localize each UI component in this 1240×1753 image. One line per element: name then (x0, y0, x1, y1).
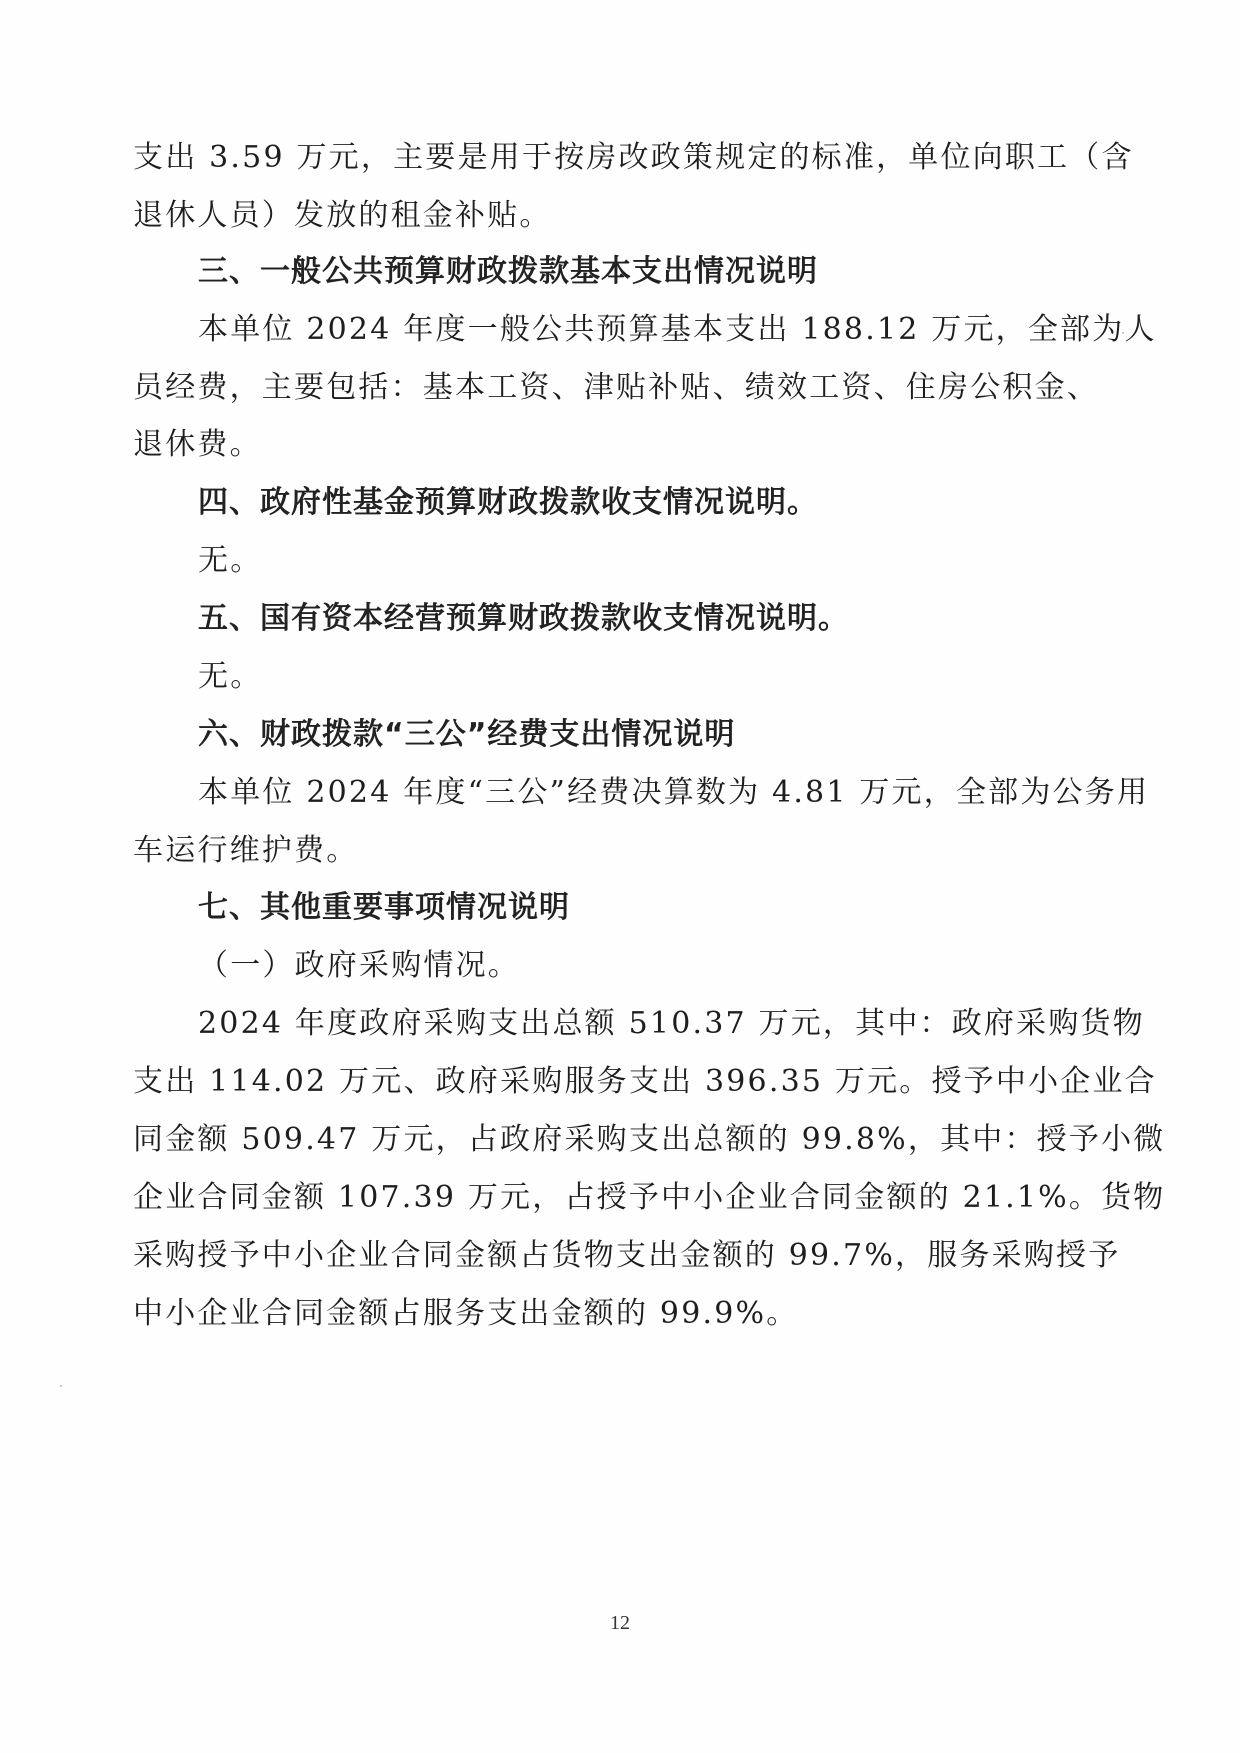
scan-artifact (1122, 332, 1124, 334)
section-heading-7: 七、其他重要事项情况说明 (198, 888, 570, 928)
body-paragraph-line: 车运行维护费。 (133, 831, 358, 871)
body-paragraph-line: 采购授予中小企业合同金额占货物支出金额的 99.7%，服务采购授予 (133, 1236, 1120, 1276)
body-paragraph-line: 企业合同金额 107.39 万元，占授予中小企业合同金额的 21.1%。货物 (133, 1178, 1165, 1218)
body-paragraph-line: 本单位 2024 年度一般公共预算基本支出 188.12 万元，全部为人 (198, 310, 1157, 350)
body-paragraph-line: 本单位 2024 年度“三公”经费决算数为 4.81 万元，全部为公务用 (198, 773, 1149, 813)
section-heading-4: 四、政府性基金预算财政拨款收支情况说明。 (198, 483, 818, 523)
body-paragraph-line: 退休人员）发放的租金补贴。 (133, 196, 552, 236)
section-heading-5: 五、国有资本经营预算财政拨款收支情况说明。 (198, 599, 849, 639)
body-paragraph-line: 2024 年度政府采购支出总额 510.37 万元，其中：政府采购货物 (198, 1004, 1145, 1044)
body-paragraph-line: 支出 114.02 万元、政府采购服务支出 396.35 万元。授予中小企业合 (133, 1062, 1157, 1102)
document-page: 支出 3.59 万元，主要是用于按房改政策规定的标准，单位向职工（含 退休人员）… (0, 0, 1240, 1753)
scan-artifact (60, 1385, 62, 1387)
body-paragraph-line: 无。 (198, 541, 262, 581)
section-heading-6: 六、财政拨款“三公”经费支出情况说明 (198, 715, 735, 755)
section-heading-3: 三、一般公共预算财政拨款基本支出情况说明 (198, 252, 818, 292)
page-number: 12 (0, 1612, 1240, 1635)
body-paragraph-line: 支出 3.59 万元，主要是用于按房改政策规定的标准，单位向职工（含 (133, 138, 1134, 178)
body-paragraph-line: 中小企业合同金额占服务支出金额的 99.9%。 (133, 1294, 798, 1334)
subsection-heading: （一）政府采购情况。 (198, 946, 520, 986)
body-paragraph-line: 无。 (198, 657, 262, 697)
body-paragraph-line: 员经费，主要包括：基本工资、津贴补贴、绩效工资、住房公积金、 (133, 368, 1099, 408)
body-paragraph-line: 同金额 509.47 万元，占政府采购支出总额的 99.8%，其中：授予小微 (133, 1120, 1165, 1160)
body-paragraph-line: 退休费。 (133, 425, 262, 465)
